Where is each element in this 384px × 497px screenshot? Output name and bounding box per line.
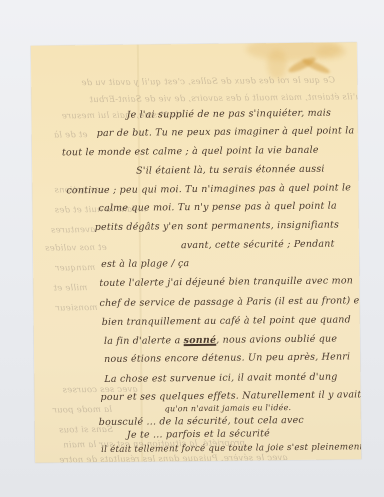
bleed-through-line: et nos valides [45,243,107,254]
underlined-word: sonné [184,335,217,346]
bleed-through-line: la mode pour [53,405,112,416]
handwritten-line: Je te ... parfois et la sécurité [127,428,270,440]
bleed-through-line: et de là [54,130,88,140]
handwritten-line: Je l'ai supplié de ne pas s'inquiéter, m… [127,108,332,121]
bleed-through-line: mille et [53,283,87,293]
handwritten-line: est à la plage / ça [101,258,189,270]
bleed-through-line: aventures [51,225,96,235]
handwritten-line: bien tranquillement au café à tel point … [102,314,351,328]
handwritten-line: il était tellement forcé que toute la jo… [101,442,361,455]
handwritten-line: S'il étaient là, tu serais étonnée aussi [136,164,325,177]
handwritten-text: la fin d'alerte a [104,335,184,347]
bleed-through-line: manquer [55,263,95,273]
handwritten-line: qu'on n'avait jamais eu l'idée. [165,403,292,413]
handwritten-line: tout le monde est calme ; à quel point l… [62,145,319,159]
handwritten-line: calme que moi. Tu n'y pense pas à quel p… [98,201,336,214]
handwritten-text: , nous avions oublié que [216,334,337,346]
handwritten-line: chef de service de passage à Paris (il e… [99,295,361,309]
handwritten-line: la fin d'alerte a sonné, nous avions oub… [104,334,337,347]
bleed-through-line: monsieur [56,303,98,313]
handwritten-line: pour et ses quelques effets. Naturelleme… [100,389,361,403]
bleed-through-line: Ce que le roi des deux de Salles, c'est … [81,76,335,89]
handwritten-line: nous étions encore détenus. Un peu après… [104,351,350,365]
handwritten-line: continue ; peu qui moi. Tu n'imagines pa… [66,182,351,196]
water-stain [316,44,346,58]
handwritten-line: La chose est survenue ici, il avait mont… [104,372,337,385]
water-stain [267,49,287,79]
handwritten-line: par de but. Tu ne peux pas imaginer à qu… [97,125,355,139]
handwritten-line: petits dégâts y'en sont permanents, insi… [95,220,339,234]
letter-page: Ce que le roi des deux de Salles, c'est … [31,42,361,462]
handwritten-line: toute l'alerte j'ai déjeuné bien tranqui… [99,275,353,289]
handwritten-line: bousculé ... de la sécurité, tout cela a… [99,415,304,428]
handwritten-line: avant, cette sécurité ; Pendant [181,239,335,252]
bleed-through-line: qu'ils étaient, mais moult à des savoirs… [89,92,361,105]
